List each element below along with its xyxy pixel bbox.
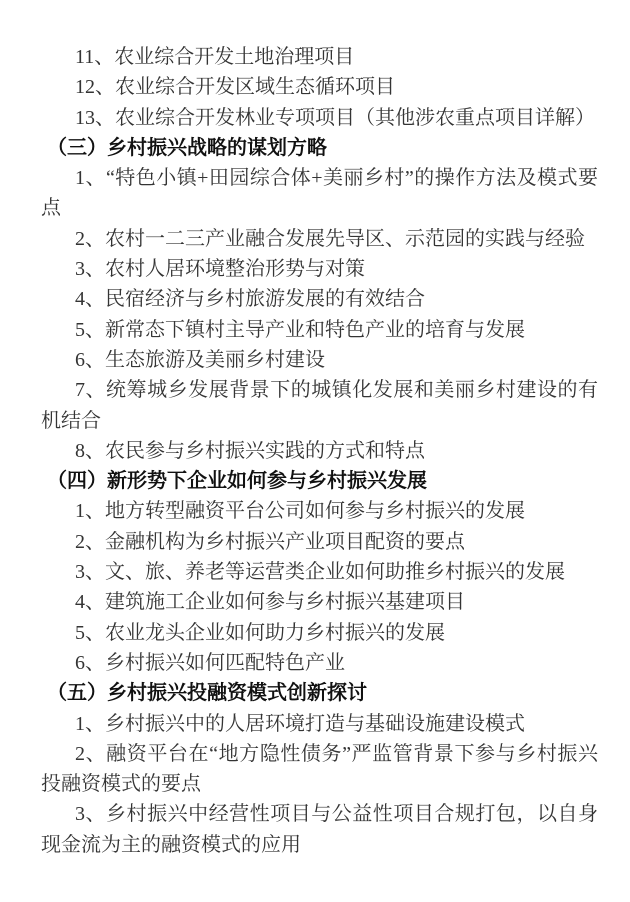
section-heading: （三）乡村振兴战略的谋划方略 [41, 133, 598, 163]
list-item: 8、农民参与乡村振兴实践的方式和特点 [41, 436, 598, 466]
list-item: 6、乡村振兴如何匹配特色产业 [41, 648, 598, 678]
list-item: 5、新常态下镇村主导产业和特色产业的培育与发展 [41, 315, 598, 345]
document-page: 11、农业综合开发土地治理项目 12、农业综合开发区域生态循环项目 13、农业综… [0, 0, 630, 902]
section-heading: （五）乡村振兴投融资模式创新探讨 [41, 678, 598, 708]
list-item: 7、统筹城乡发展背景下的城镇化发展和美丽乡村建设的有机结合 [41, 375, 598, 436]
list-item: 12、农业综合开发区域生态循环项目 [41, 72, 598, 102]
list-item: 5、农业龙头企业如何助力乡村振兴的发展 [41, 618, 598, 648]
list-item: 6、生态旅游及美丽乡村建设 [41, 345, 598, 375]
list-item: 4、民宿经济与乡村旅游发展的有效结合 [41, 284, 598, 314]
list-item: 1、地方转型融资平台公司如何参与乡村振兴的发展 [41, 496, 598, 526]
list-item: 2、农村一二三产业融合发展先导区、示范园的实践与经验 [41, 224, 598, 254]
list-item: 4、建筑施工企业如何参与乡村振兴基建项目 [41, 587, 598, 617]
list-item: 3、文、旅、养老等运营类企业如何助推乡村振兴的发展 [41, 557, 598, 587]
list-item: 3、农村人居环境整治形势与对策 [41, 254, 598, 284]
list-item: 1、“特色小镇+田园综合体+美丽乡村”的操作方法及模式要点 [41, 163, 598, 224]
list-item: 1、乡村振兴中的人居环境打造与基础设施建设模式 [41, 709, 598, 739]
list-item: 11、农业综合开发土地治理项目 [41, 42, 598, 72]
list-item: 13、农业综合开发林业专项项目（其他涉农重点项目详解） [41, 103, 598, 133]
list-item: 3、乡村振兴中经营性项目与公益性项目合规打包，以自身现金流为主的融资模式的应用 [41, 799, 598, 860]
list-item: 2、金融机构为乡村振兴产业项目配资的要点 [41, 527, 598, 557]
section-heading: （四）新形势下企业如何参与乡村振兴发展 [41, 466, 598, 496]
list-item: 2、融资平台在“地方隐性债务”严监管背景下参与乡村振兴投融资模式的要点 [41, 739, 598, 800]
